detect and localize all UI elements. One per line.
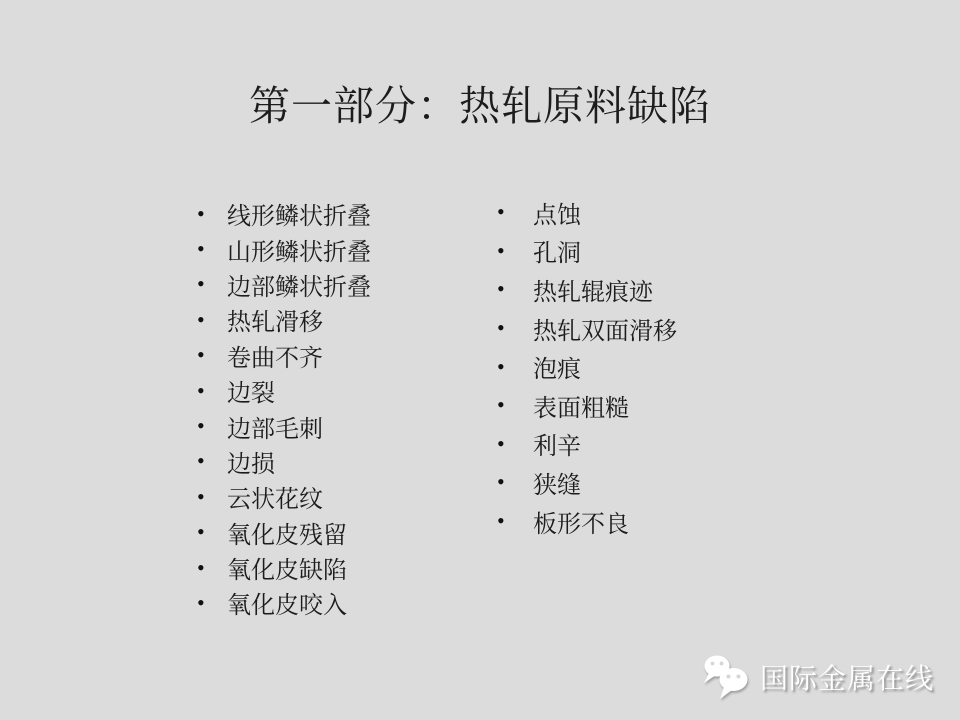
bullet-icon: •: [197, 273, 227, 295]
list-item: • 狭缝: [497, 463, 677, 502]
slide-title: 第一部分：热轧原料缺陷: [0, 84, 960, 129]
bullet-icon: •: [197, 344, 227, 366]
bullet-icon: •: [497, 240, 533, 262]
list-item-label: 泡痕: [533, 349, 581, 384]
bullet-icon: •: [197, 557, 227, 579]
bullet-icon: •: [497, 394, 533, 416]
list-item: • 卷曲不齐: [197, 338, 371, 373]
defect-list-left: • 线形鳞状折叠 • 山形鳞状折叠 • 边部鳞状折叠 • 热轧滑移 • 卷曲不齐: [197, 196, 371, 621]
list-item: • 氧化皮缺陷: [197, 550, 371, 585]
bullet-icon: •: [497, 471, 533, 493]
list-item-label: 孔洞: [533, 233, 581, 268]
list-item: • 利辛: [497, 425, 677, 464]
list-item-label: 热轧辊痕迹: [533, 272, 653, 307]
list-item-label: 氧化皮咬入: [227, 585, 347, 620]
list-item: • 边损: [197, 444, 371, 479]
list-item: • 氧化皮咬入: [197, 585, 371, 620]
list-item: • 氧化皮残留: [197, 515, 371, 550]
list-item: • 表面粗糙: [497, 386, 677, 425]
bullet-icon: •: [197, 309, 227, 331]
list-item: • 热轧辊痕迹: [497, 270, 677, 309]
list-item-label: 云状花纹: [227, 479, 323, 514]
list-item-label: 点蚀: [533, 195, 581, 230]
slide: 第一部分：热轧原料缺陷 • 线形鳞状折叠 • 山形鳞状折叠 • 边部鳞状折叠 •…: [0, 0, 960, 720]
bullet-icon: •: [197, 415, 227, 437]
list-item-label: 线形鳞状折叠: [227, 196, 371, 231]
bullet-icon: •: [197, 450, 227, 472]
list-item-label: 狭缝: [533, 465, 581, 500]
list-item-label: 热轧滑移: [227, 302, 323, 337]
list-item: • 边部毛刺: [197, 408, 371, 443]
list-item: • 山形鳞状折叠: [197, 231, 371, 266]
bullet-icon: •: [497, 317, 533, 339]
list-item-label: 氧化皮缺陷: [227, 550, 347, 585]
list-item-label: 边损: [227, 444, 275, 479]
list-item-label: 板形不良: [533, 504, 629, 539]
list-item: • 孔洞: [497, 232, 677, 271]
bullet-icon: •: [497, 278, 533, 300]
list-item: • 点蚀: [497, 193, 677, 232]
list-item-label: 卷曲不齐: [227, 338, 323, 373]
list-item-label: 热轧双面滑移: [533, 311, 677, 346]
list-item-label: 边裂: [227, 373, 275, 408]
list-item: • 边部鳞状折叠: [197, 267, 371, 302]
list-item: • 泡痕: [497, 347, 677, 386]
bullet-icon: •: [197, 380, 227, 402]
bullet-icon: •: [197, 592, 227, 614]
list-item: • 板形不良: [497, 502, 677, 541]
list-item: • 线形鳞状折叠: [197, 196, 371, 231]
watermark: 国际金属在线: [700, 652, 934, 702]
bullet-icon: •: [497, 433, 533, 455]
bullet-icon: •: [197, 521, 227, 543]
bullet-icon: •: [197, 486, 227, 508]
wechat-icon: [700, 652, 752, 702]
bullet-icon: •: [497, 201, 533, 223]
list-item-label: 利辛: [533, 426, 581, 461]
defect-list-right: • 点蚀 • 孔洞 • 热轧辊痕迹 • 热轧双面滑移 • 泡痕: [497, 193, 677, 540]
list-item-label: 表面粗糙: [533, 388, 629, 423]
bullet-icon: •: [497, 356, 533, 378]
list-item-label: 边部毛刺: [227, 409, 323, 444]
watermark-text: 国际金属在线: [760, 657, 934, 697]
list-item: • 热轧滑移: [197, 302, 371, 337]
list-item: • 云状花纹: [197, 479, 371, 514]
list-item-label: 边部鳞状折叠: [227, 267, 371, 302]
list-item-label: 山形鳞状折叠: [227, 232, 371, 267]
bullet-icon: •: [197, 203, 227, 225]
bullet-icon: •: [197, 238, 227, 260]
list-item-label: 氧化皮残留: [227, 515, 347, 550]
list-item: • 热轧双面滑移: [497, 309, 677, 348]
bullet-icon: •: [497, 510, 533, 532]
list-item: • 边裂: [197, 373, 371, 408]
